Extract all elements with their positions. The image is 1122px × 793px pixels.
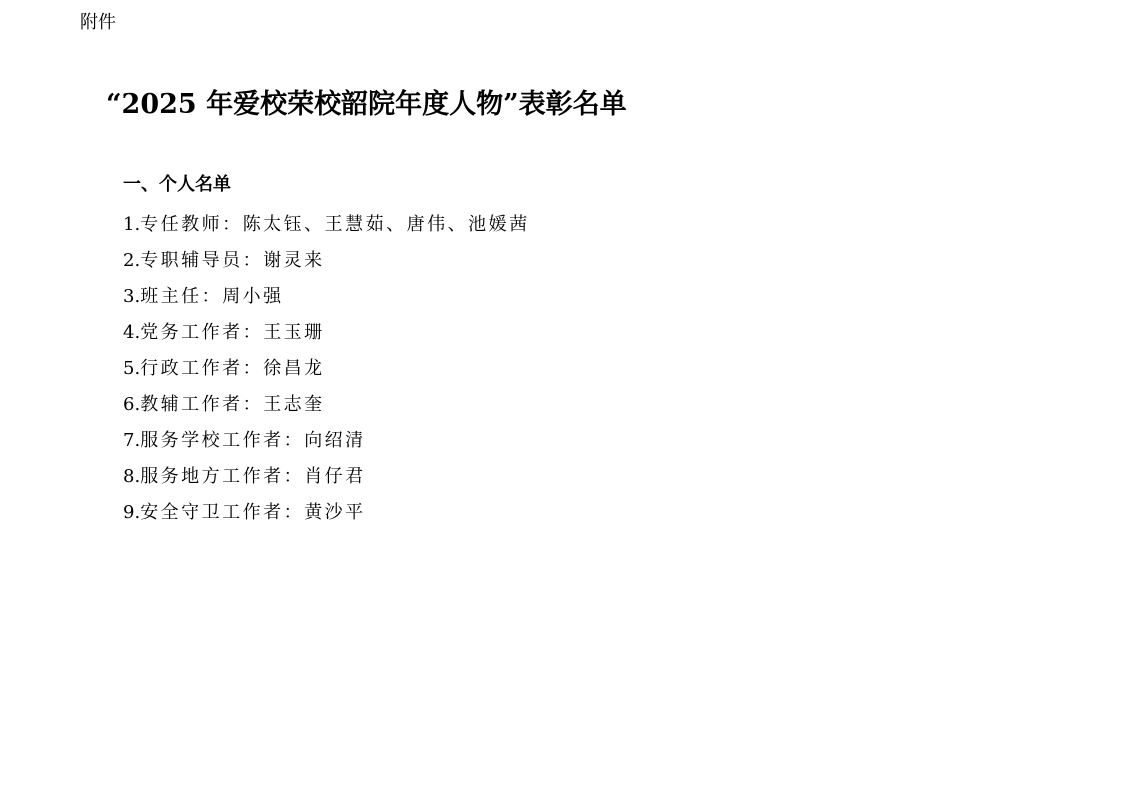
item-number: 9. (123, 502, 140, 523)
item-names: 黄沙平 (304, 502, 366, 523)
item-number: 2. (123, 250, 140, 271)
item-names: 王志奎 (263, 394, 325, 415)
item-category: 安全守卫工作者： (140, 502, 304, 523)
item-names: 王玉珊 (263, 322, 325, 343)
item-names: 肖仔君 (304, 466, 366, 487)
item-number: 3. (123, 286, 140, 307)
list-item: 9.安全守卫工作者：黄沙平 (123, 495, 530, 531)
list-item: 1.专任教师：陈太钰、王慧茹、唐伟、池媛茜 (123, 207, 530, 243)
list-item: 5.行政工作者：徐昌龙 (123, 351, 530, 387)
document-title: “2025 年爱校荣校韶院年度人物”表彰名单 (106, 86, 627, 124)
item-category: 党务工作者： (140, 322, 263, 343)
item-names: 谢灵来 (263, 250, 325, 271)
list-item: 2.专职辅导员：谢灵来 (123, 243, 530, 279)
item-names: 周小强 (222, 286, 284, 307)
item-number: 8. (123, 466, 140, 487)
item-names: 陈太钰、王慧茹、唐伟、池媛茜 (243, 214, 530, 235)
item-names: 向绍清 (304, 430, 366, 451)
list-item: 8.服务地方工作者：肖仔君 (123, 459, 530, 495)
item-category: 教辅工作者： (140, 394, 263, 415)
item-category: 服务学校工作者： (140, 430, 304, 451)
item-category: 专职辅导员： (140, 250, 263, 271)
item-category: 班主任： (140, 286, 222, 307)
list-item: 7.服务学校工作者：向绍清 (123, 423, 530, 459)
item-number: 6. (123, 394, 140, 415)
list-item: 4.党务工作者：王玉珊 (123, 315, 530, 351)
item-number: 5. (123, 358, 140, 379)
item-number: 7. (123, 430, 140, 451)
item-number: 4. (123, 322, 140, 343)
item-category: 服务地方工作者： (140, 466, 304, 487)
attachment-label: 附件 (80, 11, 116, 35)
item-number: 1. (123, 214, 140, 235)
list-item: 6.教辅工作者：王志奎 (123, 387, 530, 423)
item-names: 徐昌龙 (263, 358, 325, 379)
list-item: 3.班主任：周小强 (123, 279, 530, 315)
honoree-list: 1.专任教师：陈太钰、王慧茹、唐伟、池媛茜 2.专职辅导员：谢灵来 3.班主任：… (123, 207, 530, 531)
item-category: 行政工作者： (140, 358, 263, 379)
item-category: 专任教师： (140, 214, 243, 235)
section-heading-individuals: 一、个人名单 (123, 172, 231, 198)
